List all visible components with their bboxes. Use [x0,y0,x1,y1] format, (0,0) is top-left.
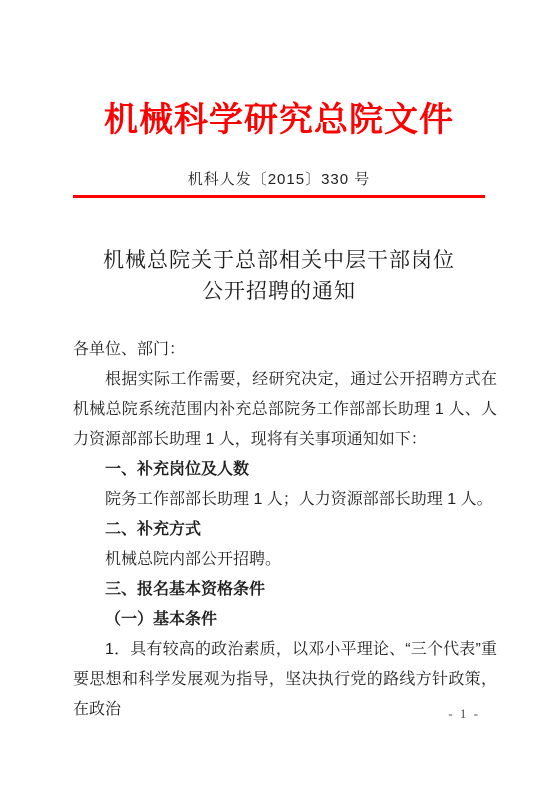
salutation: 各单位、部门： [73,335,497,365]
red-separator-line [73,195,485,198]
document-body: 各单位、部门： 根据实际工作需要，经研究决定，通过公开招聘方式在机械总院系统范围… [73,335,497,725]
heading-section-2: 二、补充方式 [73,515,497,545]
doc-number: 机科人发〔2015〕330 号 [0,170,558,190]
heading-subsection-1: （一）基本条件 [73,605,497,635]
paragraph-condition-1: 1．具有较高的政治素质，以邓小平理论、“三个代表”重要思想和科学发展观为指导，坚… [73,635,497,725]
notice-title-line1: 机械总院关于总部相关中层干部岗位 [0,245,558,276]
heading-section-3: 三、报名基本资格条件 [73,575,497,605]
paragraph-method: 机械总院内部公开招聘。 [73,545,497,575]
heading-section-1: 一、补充岗位及人数 [73,455,497,485]
paragraph-intro: 根据实际工作需要，经研究决定，通过公开招聘方式在机械总院系统范围内补充总部院务工… [73,365,497,455]
letterhead-title: 机械科学研究总院文件 [0,100,558,140]
document-page: 机械科学研究总院文件 机科人发〔2015〕330 号 机械总院关于总部相关中层干… [0,0,558,786]
page-number: - 1 - [448,706,480,722]
paragraph-positions: 院务工作部部长助理 1 人；人力资源部部长助理 1 人。 [73,485,497,515]
notice-title: 机械总院关于总部相关中层干部岗位 公开招聘的通知 [0,245,558,307]
notice-title-line2: 公开招聘的通知 [0,276,558,307]
